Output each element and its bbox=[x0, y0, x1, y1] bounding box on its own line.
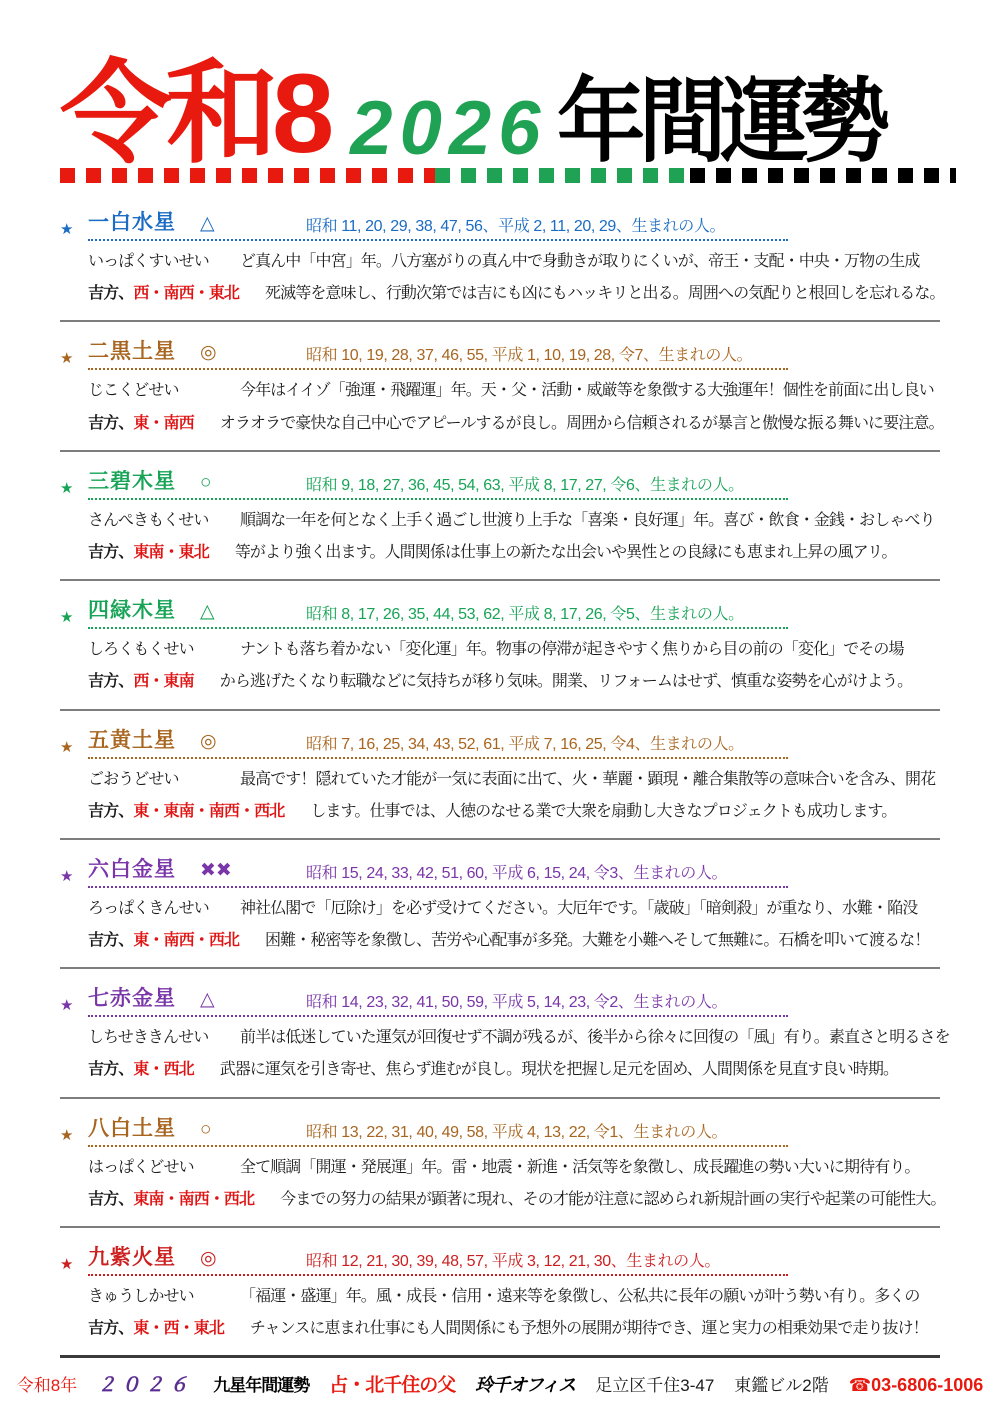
section-fortune-mark: △ bbox=[200, 600, 215, 623]
section-title-row: ★ 九紫火星 ◎ 昭和 12, 21, 30, 39, 48, 57, 平成 3… bbox=[60, 1241, 940, 1276]
section-body-row1: いっぱくすいせい ど真ん中「中宮」年。八方塞がりの真ん中で身動きが取りにくいが、… bbox=[60, 250, 940, 273]
section-name: 七赤金星 bbox=[88, 982, 176, 1012]
kippo-label: 吉方、 bbox=[88, 282, 133, 305]
section-title-content: 一白水星 △ 昭和 11, 20, 29, 38, 47, 56、平成 2, 1… bbox=[88, 206, 788, 241]
section-name: 五黄土星 bbox=[88, 724, 176, 754]
star-icon: ★ bbox=[60, 479, 88, 500]
section-title-row: ★ 五黄土星 ◎ 昭和 7, 16, 25, 34, 43, 52, 61, 平… bbox=[60, 724, 940, 759]
section-body-row1: しろくもくせい ナントも落ち着かない「変化運」年。物事の停滞が起きやすく焦りから… bbox=[60, 638, 940, 661]
section-name: 二黒土星 bbox=[88, 335, 176, 365]
kippo-label: 吉方、 bbox=[88, 1058, 133, 1081]
section-title-row: ★ 七赤金星 △ 昭和 14, 23, 32, 41, 50, 59, 平成 5… bbox=[60, 982, 940, 1017]
footer: 令和8年 ２０２６ 九星年間運勢 占・北千住の父 玲千オフィス 足立区千住3-4… bbox=[60, 1358, 940, 1397]
section-title-row: ★ 八白土星 ○ 昭和 13, 22, 31, 40, 49, 58, 平成 4… bbox=[60, 1112, 940, 1147]
section-kana: ごおうどせい bbox=[88, 768, 240, 791]
header-year: 2026 bbox=[350, 99, 547, 160]
section-name-mark: 六白金星 ✖✖ bbox=[88, 853, 306, 883]
section-fortune-mark: ○ bbox=[200, 472, 211, 494]
header: 令和8 2026 年間運勢 bbox=[60, 58, 940, 183]
lucky-directions: 東・南西 bbox=[133, 412, 193, 435]
section-birth-years: 昭和 15, 24, 33, 42, 51, 60, 平成 6, 15, 24,… bbox=[306, 860, 727, 883]
section-birth-years: 昭和 12, 21, 30, 39, 48, 57, 平成 3, 12, 21,… bbox=[306, 1248, 720, 1271]
star-section: ★ 六白金星 ✖✖ 昭和 15, 24, 33, 42, 51, 60, 平成 … bbox=[60, 840, 940, 969]
section-body-row2: 吉方、 東・西・東北 チャンスに恵まれ仕事にも人間関係にも予想外の展開が期待でき… bbox=[60, 1317, 940, 1340]
section-title-content: 六白金星 ✖✖ 昭和 15, 24, 33, 42, 51, 60, 平成 6,… bbox=[88, 853, 788, 888]
section-name-mark: 九紫火星 ◎ bbox=[88, 1241, 306, 1271]
section-birth-years: 昭和 9, 18, 27, 36, 45, 54, 63, 平成 8, 17, … bbox=[306, 472, 744, 495]
star-section: ★ 三碧木星 ○ 昭和 9, 18, 27, 36, 45, 54, 63, 平… bbox=[60, 452, 940, 581]
section-description-line2: 今までの努力の結果が顕著に現れ、その才能が注意に認められ新規計画の実行や起業の可… bbox=[280, 1188, 945, 1211]
section-fortune-mark: ✖✖ bbox=[200, 859, 232, 882]
star-icon: ★ bbox=[60, 996, 88, 1017]
section-body-row1: しちせききんせい 前半は低迷していた運気が回復せず不調が残るが、後半から徐々に回… bbox=[60, 1026, 940, 1049]
lucky-directions: 東・西・東北 bbox=[133, 1317, 224, 1340]
footer-year: ２０２６ bbox=[97, 1370, 193, 1397]
section-description-line1: ナントも落ち着かない「変化運」年。物事の停滞が起きやすく焦りから目の前の「変化」… bbox=[240, 638, 904, 661]
footer-building: 東鑑ビル2階 bbox=[734, 1371, 828, 1396]
star-icon: ★ bbox=[60, 1255, 88, 1276]
section-description-line2: 死滅等を意味し、行動次第では吉にも凶にもハッキリと出る。周囲への気配りと根回しを… bbox=[265, 282, 945, 305]
section-name-mark: 五黄土星 ◎ bbox=[88, 724, 306, 754]
kippo-label: 吉方、 bbox=[88, 800, 133, 823]
section-kana: さんぺきもくせい bbox=[88, 509, 240, 532]
kippo-label: 吉方、 bbox=[88, 412, 133, 435]
footer-address: 足立区千住3-47 bbox=[595, 1371, 714, 1396]
section-title-row: ★ 三碧木星 ○ 昭和 9, 18, 27, 36, 45, 54, 63, 平… bbox=[60, 465, 940, 500]
section-body-row1: ろっぱくきんせい 神社仏閣で「厄除け」を必ず受けてください。大厄年です。「歳破」… bbox=[60, 897, 940, 920]
star-section: ★ 八白土星 ○ 昭和 13, 22, 31, 40, 49, 58, 平成 4… bbox=[60, 1099, 940, 1228]
section-name: 九紫火星 bbox=[88, 1241, 176, 1271]
footer-office: 玲千オフィス bbox=[475, 1371, 575, 1397]
section-title-content: 二黒土星 ◎ 昭和 10, 19, 28, 37, 46, 55, 平成 1, … bbox=[88, 335, 788, 370]
section-name: 八白土星 bbox=[88, 1112, 176, 1142]
star-section: ★ 四緑木星 △ 昭和 8, 17, 26, 35, 44, 53, 62, 平… bbox=[60, 581, 940, 710]
section-description-line2: 困難・秘密等を象徴し、苦労や心配事が多発。大難を小難へそして無難に。石橋を叩いて… bbox=[265, 929, 929, 952]
section-description-line1: 神社仏閣で「厄除け」を必ず受けてください。大厄年です。「歳破」「暗剣殺」が重なり… bbox=[240, 897, 917, 920]
section-description-line1: 「福運・盛運」年。風・成長・信用・遠来等を象徴し、公私共に長年の願いが叶う勢い有… bbox=[240, 1285, 920, 1308]
section-body-row2: 吉方、 西・南西・東北 死滅等を意味し、行動次第では吉にも凶にもハッキリと出る。… bbox=[60, 282, 940, 305]
section-kana: しちせききんせい bbox=[88, 1026, 240, 1049]
section-fortune-mark: △ bbox=[200, 988, 215, 1011]
star-section: ★ 一白水星 △ 昭和 11, 20, 29, 38, 47, 56、平成 2,… bbox=[60, 193, 940, 322]
section-title-row: ★ 六白金星 ✖✖ 昭和 15, 24, 33, 42, 51, 60, 平成 … bbox=[60, 853, 940, 888]
star-section: ★ 五黄土星 ◎ 昭和 7, 16, 25, 34, 43, 52, 61, 平… bbox=[60, 711, 940, 840]
section-birth-years: 昭和 7, 16, 25, 34, 43, 52, 61, 平成 7, 16, … bbox=[306, 731, 744, 754]
section-name-mark: 八白土星 ○ bbox=[88, 1112, 306, 1142]
section-title-content: 五黄土星 ◎ 昭和 7, 16, 25, 34, 43, 52, 61, 平成 … bbox=[88, 724, 788, 759]
underline-red-segment bbox=[60, 168, 435, 183]
footer-era: 令和8年 bbox=[17, 1371, 77, 1396]
kippo-label: 吉方、 bbox=[88, 1317, 133, 1340]
section-body-row1: きゅうしかせい 「福運・盛運」年。風・成長・信用・遠来等を象徴し、公私共に長年の… bbox=[60, 1285, 940, 1308]
section-title-row: ★ 二黒土星 ◎ 昭和 10, 19, 28, 37, 46, 55, 平成 1… bbox=[60, 335, 940, 370]
star-icon: ★ bbox=[60, 867, 88, 888]
section-title-content: 三碧木星 ○ 昭和 9, 18, 27, 36, 45, 54, 63, 平成 … bbox=[88, 465, 788, 500]
section-kana: いっぱくすいせい bbox=[88, 250, 240, 273]
section-name: 三碧木星 bbox=[88, 465, 176, 495]
section-description-line1: 順調な一年を何となく上手く過ごし世渡り上手な「喜楽・良好運」年。喜び・飲食・金銭… bbox=[240, 509, 935, 532]
section-body-row1: さんぺきもくせい 順調な一年を何となく上手く過ごし世渡り上手な「喜楽・良好運」年… bbox=[60, 509, 940, 532]
section-name-mark: 七赤金星 △ bbox=[88, 982, 306, 1012]
star-icon: ★ bbox=[60, 608, 88, 629]
section-description-line2: 武器に運気を引き寄せ、焦らず進むが良し。現状を把握し足元を固め、人間関係を見直す… bbox=[220, 1058, 898, 1081]
section-name-mark: 二黒土星 ◎ bbox=[88, 335, 306, 365]
section-description-line1: 前半は低迷していた運気が回復せず不調が残るが、後半から徐々に回復の「風」有り。素… bbox=[240, 1026, 950, 1049]
section-description-line1: ど真ん中「中宮」年。八方塞がりの真ん中で身動きが取りにくいが、帝王・支配・中央・… bbox=[240, 250, 920, 273]
section-body-row2: 吉方、 東南・南西・西北 今までの努力の結果が顕著に現れ、その才能が注意に認めら… bbox=[60, 1188, 940, 1211]
kippo-label: 吉方、 bbox=[88, 1188, 133, 1211]
star-section: ★ 九紫火星 ◎ 昭和 12, 21, 30, 39, 48, 57, 平成 3… bbox=[60, 1228, 940, 1358]
lucky-directions: 東南・南西・西北 bbox=[133, 1188, 254, 1211]
star-section: ★ 七赤金星 △ 昭和 14, 23, 32, 41, 50, 59, 平成 5… bbox=[60, 969, 940, 1098]
section-kana: しろくもくせい bbox=[88, 638, 240, 661]
section-name: 四緑木星 bbox=[88, 594, 176, 624]
section-description-line2: します。仕事では、人徳のなせる業で大衆を扇動し大きなプロジェクトも成功します。 bbox=[310, 800, 896, 823]
section-name-mark: 三碧木星 ○ bbox=[88, 465, 306, 495]
section-description-line1: 最高です！隠れていた才能が一気に表面に出て、火・華麗・顕現・離合集散等の意味合い… bbox=[240, 768, 935, 791]
section-birth-years: 昭和 14, 23, 32, 41, 50, 59, 平成 5, 14, 23,… bbox=[306, 989, 727, 1012]
lucky-directions: 東・東南・南西・西北 bbox=[133, 800, 284, 823]
section-body-row1: はっぱくどせい 全て順調「開運・発展運」年。雷・地震・新進・活気等を象徴し、成長… bbox=[60, 1156, 940, 1179]
star-section: ★ 二黒土星 ◎ 昭和 10, 19, 28, 37, 46, 55, 平成 1… bbox=[60, 322, 940, 451]
section-birth-years: 昭和 10, 19, 28, 37, 46, 55, 平成 1, 10, 19,… bbox=[306, 342, 752, 365]
lucky-directions: 西・東南 bbox=[133, 670, 193, 693]
section-fortune-mark: ○ bbox=[200, 1119, 211, 1141]
section-fortune-mark: ◎ bbox=[200, 1247, 217, 1270]
section-birth-years: 昭和 13, 22, 31, 40, 49, 58, 平成 4, 13, 22,… bbox=[306, 1119, 727, 1142]
section-kana: ろっぱくきんせい bbox=[88, 897, 240, 920]
lucky-directions: 東・南西・西北 bbox=[133, 929, 239, 952]
section-body-row2: 吉方、 東・南西 オラオラで豪快な自己中心でアピールするが良し。周囲から信頼され… bbox=[60, 412, 940, 435]
section-description-line2: 等がより強く出ます。人間関係は仕事上の新たな出会いや異性との良縁にも恵まれ上昇の… bbox=[235, 541, 897, 564]
footer-title: 九星年間運勢 bbox=[213, 1371, 309, 1396]
section-body-row1: ごおうどせい 最高です！隠れていた才能が一気に表面に出て、火・華麗・顕現・離合集… bbox=[60, 768, 940, 791]
section-title-content: 四緑木星 △ 昭和 8, 17, 26, 35, 44, 53, 62, 平成 … bbox=[88, 594, 788, 629]
section-name-mark: 四緑木星 △ bbox=[88, 594, 306, 624]
section-fortune-mark: ◎ bbox=[200, 730, 217, 753]
kippo-label: 吉方、 bbox=[88, 670, 133, 693]
lucky-directions: 東・西北 bbox=[133, 1058, 193, 1081]
section-title-content: 七赤金星 △ 昭和 14, 23, 32, 41, 50, 59, 平成 5, … bbox=[88, 982, 788, 1017]
header-era: 令和8 bbox=[60, 68, 328, 160]
section-description-line1: 今年はイイゾ「強運・飛躍運」年。天・父・活動・威厳等を象徴する大強運年！個性を前… bbox=[240, 379, 934, 402]
kippo-label: 吉方、 bbox=[88, 541, 133, 564]
header-title: 年間運勢 bbox=[557, 86, 883, 160]
section-body-row1: じこくどせい 今年はイイゾ「強運・飛躍運」年。天・父・活動・威厳等を象徴する大強… bbox=[60, 379, 940, 402]
section-name-mark: 一白水星 △ bbox=[88, 206, 306, 236]
section-kana: きゅうしかせい bbox=[88, 1285, 240, 1308]
section-body-row2: 吉方、 東・東南・南西・西北 します。仕事では、人徳のなせる業で大衆を扇動し大き… bbox=[60, 800, 940, 823]
section-name: 六白金星 bbox=[88, 853, 176, 883]
section-body-row2: 吉方、 東・南西・西北 困難・秘密等を象徴し、苦労や心配事が多発。大難を小難へそ… bbox=[60, 929, 940, 952]
star-icon: ★ bbox=[60, 738, 88, 759]
section-body-row2: 吉方、 西・東南 から逃げたくなり転職などに気持ちが移り気味。開業、リフォームは… bbox=[60, 670, 940, 693]
section-description-line2: から逃げたくなり転職などに気持ちが移り気味。開業、リフォームはせず、慎重な姿勢を… bbox=[220, 670, 913, 693]
section-body-row2: 吉方、 東南・東北 等がより強く出ます。人間関係は仕事上の新たな出会いや異性との… bbox=[60, 541, 940, 564]
page: 令和8 2026 年間運勢 ★ 一白水星 △ 昭和 11, 20, 29, 38… bbox=[0, 0, 1000, 1413]
section-fortune-mark: △ bbox=[200, 212, 215, 235]
section-description-line1: 全て順調「開運・発展運」年。雷・地震・新進・活気等を象徴し、成長躍進の勢い大いに… bbox=[240, 1156, 920, 1179]
section-title-content: 九紫火星 ◎ 昭和 12, 21, 30, 39, 48, 57, 平成 3, … bbox=[88, 1241, 788, 1276]
section-title-row: ★ 四緑木星 △ 昭和 8, 17, 26, 35, 44, 53, 62, 平… bbox=[60, 594, 940, 629]
lucky-directions: 東南・東北 bbox=[133, 541, 209, 564]
section-title-row: ★ 一白水星 △ 昭和 11, 20, 29, 38, 47, 56、平成 2,… bbox=[60, 206, 940, 241]
section-name: 一白水星 bbox=[88, 206, 176, 236]
section-description-line2: チャンスに恵まれ仕事にも人間関係にも予想外の展開が期待でき、運と実力の相乗効果で… bbox=[250, 1317, 928, 1340]
star-icon: ★ bbox=[60, 220, 88, 241]
section-birth-years: 昭和 8, 17, 26, 35, 44, 53, 62, 平成 8, 17, … bbox=[306, 601, 744, 624]
star-icon: ★ bbox=[60, 349, 88, 370]
section-description-line2: オラオラで豪快な自己中心でアピールするが良し。周囲から信頼されるが暴言と傲慢な振… bbox=[220, 412, 944, 435]
kippo-label: 吉方、 bbox=[88, 929, 133, 952]
footer-brand: 占・北千住の父 bbox=[329, 1370, 455, 1397]
star-icon: ★ bbox=[60, 1126, 88, 1147]
section-fortune-mark: ◎ bbox=[200, 341, 217, 364]
section-birth-years: 昭和 11, 20, 29, 38, 47, 56、平成 2, 11, 20, … bbox=[306, 213, 725, 236]
section-title-content: 八白土星 ○ 昭和 13, 22, 31, 40, 49, 58, 平成 4, … bbox=[88, 1112, 788, 1147]
section-kana: はっぱくどせい bbox=[88, 1156, 240, 1179]
footer-phone: ☎03-6806-1006 bbox=[849, 1375, 984, 1396]
sections: ★ 一白水星 △ 昭和 11, 20, 29, 38, 47, 56、平成 2,… bbox=[60, 193, 940, 1358]
section-body-row2: 吉方、 東・西北 武器に運気を引き寄せ、焦らず進むが良し。現状を把握し足元を固め… bbox=[60, 1058, 940, 1081]
section-kana: じこくどせい bbox=[88, 379, 240, 402]
lucky-directions: 西・南西・東北 bbox=[133, 282, 239, 305]
